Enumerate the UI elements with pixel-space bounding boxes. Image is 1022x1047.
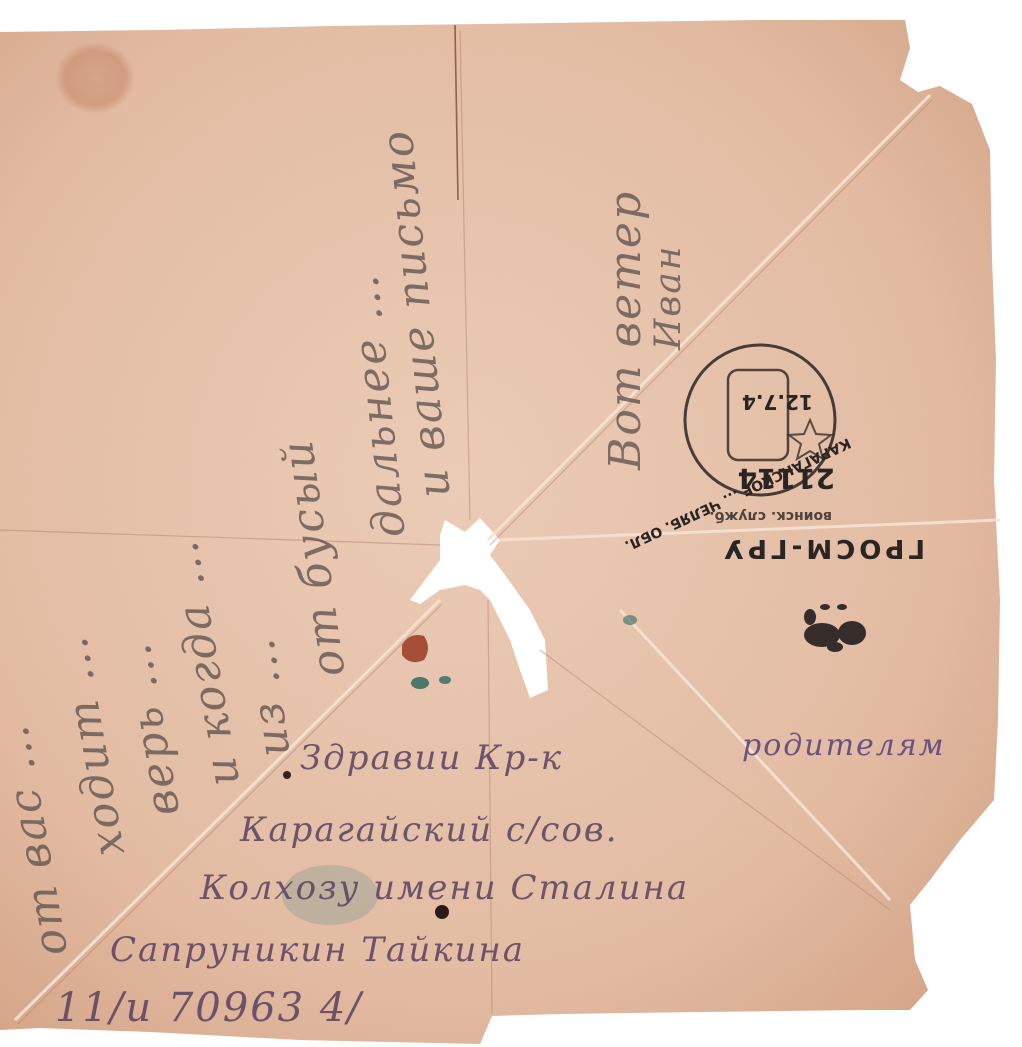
address-line: 11/и 70963 4/ (55, 985, 363, 1031)
stamp-line-2: воинск. служб. (709, 508, 832, 524)
postmark-date: 12.7.4 (742, 390, 813, 414)
stamp-line-1: ГРОСМ-ГРУ (720, 533, 925, 563)
address-line: Колхозу имени Сталина (200, 868, 689, 908)
postmark-number: 21114 (738, 462, 835, 495)
letter-scan: Вот ветер Иван и ваше письмо дальнее ...… (0, 0, 1022, 1047)
address-line: Сапруникин Тайкина (110, 930, 525, 970)
letter-line: Вот ветер (600, 190, 651, 470)
coffee-stain (55, 42, 135, 114)
address-line: Карагайский с/сов. (240, 810, 619, 850)
recipient-note: родителям (742, 728, 946, 763)
address-line: Здравии Кр-к (300, 738, 563, 778)
letter-line: Иван (648, 244, 689, 350)
